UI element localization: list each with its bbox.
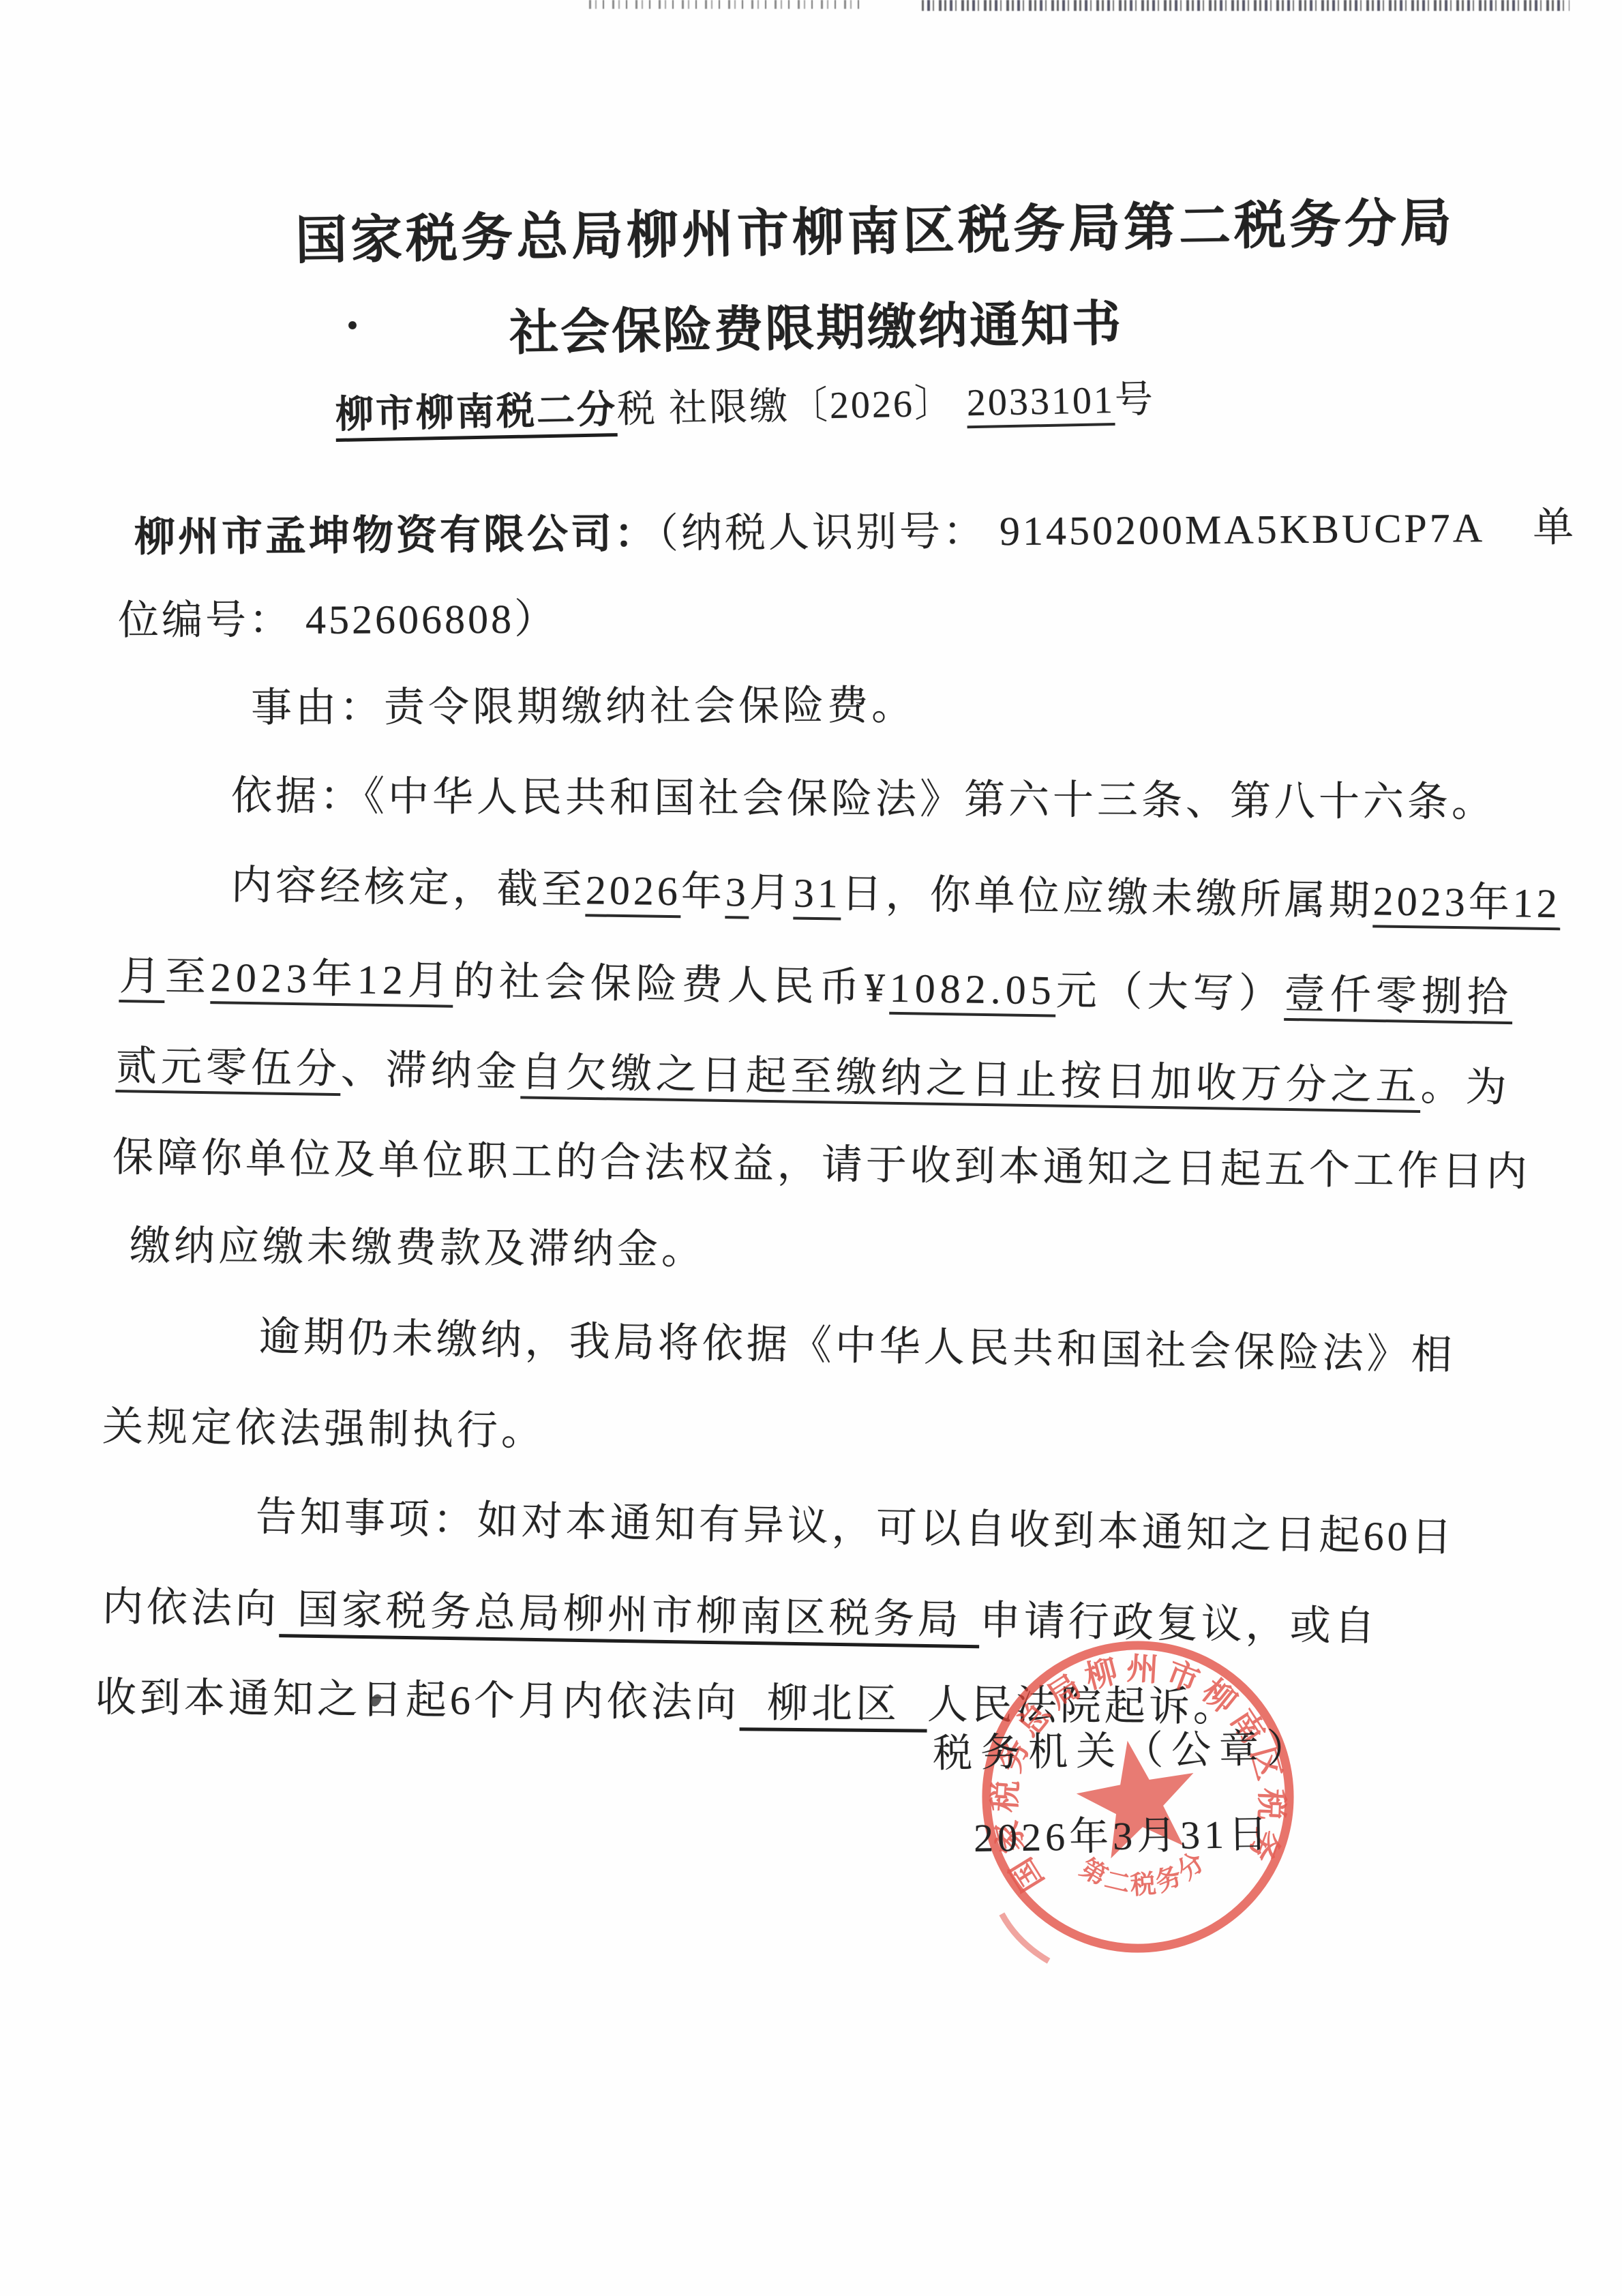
content-line-1: 内容经核定，截至2026年3月31日，你单位应缴未缴所属期2023年12 [230, 852, 1561, 929]
content-text: 。为 [1420, 1064, 1511, 1110]
period-end: 2023年12月 [210, 955, 453, 1008]
notice-text: 收到本通知之日起6个月内依法向 [95, 1675, 740, 1725]
deadline-month: 3 [725, 869, 749, 919]
deadline-day: 31 [793, 871, 841, 921]
amount-numeric: 1082.05 [889, 966, 1056, 1017]
content-text: 年 [680, 869, 725, 914]
content-text: 月 [749, 870, 794, 916]
content-text: 至 [164, 954, 211, 1000]
deadline-year: 2026 [585, 867, 681, 918]
document-number-line: 柳市柳南税二分税 社限缴〔2026〕2033101号 [335, 369, 1155, 439]
period-wrap: 月 [119, 953, 165, 1003]
late-fee-clause: 自欠缴之日起至缴纳之日止按日加收万分之五 [520, 1049, 1421, 1113]
doc-no-office-code: 柳市柳南税二分 [335, 389, 618, 442]
authority-seal-label: 税务机关（公章） [932, 1716, 1315, 1778]
matter-line: 事由：责令限期缴纳社会保险费。 [251, 673, 916, 734]
stamp-svg: 国家税务总局柳州市柳南区税务局 第二税务分局 [964, 1623, 1312, 1971]
content-line-4: 保障你单位及单位职工的合法权益，请于收到本通知之日起五个工作日内 [112, 1124, 1531, 1198]
content-line-5: 缴纳应缴未缴费款及滞纳金。 [130, 1213, 706, 1276]
doc-no-type: 税 社限缴〔2026〕 [616, 383, 955, 431]
content-line-2: 月至2023年12月的社会保险费人民币¥1082.05元（大写）壹仟零捌拾 [119, 943, 1513, 1024]
amount-words-part2: 贰元零伍分 [115, 1043, 341, 1096]
content-text: 元（大写） [1055, 968, 1285, 1017]
scanned-tax-notice-page: 国家税务总局柳州市柳南区税务局第二税务分局 · 社会保险费限期缴纳通知书 柳市柳… [0, 0, 1622, 2296]
content-line-3: 贰元零伍分、滞纳金自欠缴之日起至缴纳之日止按日加收万分之五。为 [115, 1033, 1511, 1114]
notice-text: 内依法向 [102, 1584, 280, 1632]
title-dot-mark: · [344, 297, 364, 354]
court-district: 柳北区 [740, 1680, 928, 1732]
content-text: 日，你单位应缴未缴所属期 [841, 871, 1373, 923]
content-text: 的社会保险费人民币¥ [453, 959, 890, 1011]
notice-line-1: 告知事项：如对本通知有异议，可以自收到本通知之日起60日 [255, 1484, 1456, 1564]
official-seal-stamp: 国家税务总局柳州市柳南区税务局 第二税务分局 [964, 1623, 1312, 1971]
agency-title: 国家税务总局柳州市柳南区税务局第二税务分局 [295, 181, 1456, 273]
review-authority: 国家税务总局柳州市柳南区税务局 [279, 1587, 980, 1648]
truncated-header-fragment-right [922, 0, 1570, 11]
recipient-line-2: 位编号： 452606808） [118, 586, 558, 646]
issue-date: 2026年3月31日 [973, 1802, 1272, 1863]
content-text: 、滞纳金 [340, 1047, 521, 1094]
content-text: 内容经核定，截至 [230, 863, 586, 912]
recipient-line1-tail: 单 [1533, 505, 1576, 550]
period-start: 2023年12 [1372, 878, 1561, 930]
doc-no-serial: 2033101 [966, 379, 1115, 428]
overdue-line-2: 关规定依法强制执行。 [102, 1394, 546, 1457]
overdue-line-1: 逾期仍未缴纳，我局将依据《中华人民共和国社会保险法》相 [258, 1304, 1456, 1382]
taxpayer-id: （纳税人识别号： 91450200MA5KBUCP7A [658, 505, 1486, 556]
company-name: 柳州市孟坤物资有限公司： [134, 511, 658, 560]
recipient-line-1: 柳州市孟坤物资有限公司：（纳税人识别号： 91450200MA5KBUCP7A单 [134, 494, 1577, 563]
doc-no-suffix: 号 [1114, 378, 1155, 421]
notice-title: 社会保险费限期缴纳通知书 [509, 284, 1124, 364]
truncated-header-fragment-left [585, 0, 865, 9]
basis-line: 依据：《中华人民共和国社会保险法》第六十三条、第八十六条。 [231, 763, 1496, 829]
amount-words-part1: 壹仟零捌拾 [1284, 972, 1513, 1024]
